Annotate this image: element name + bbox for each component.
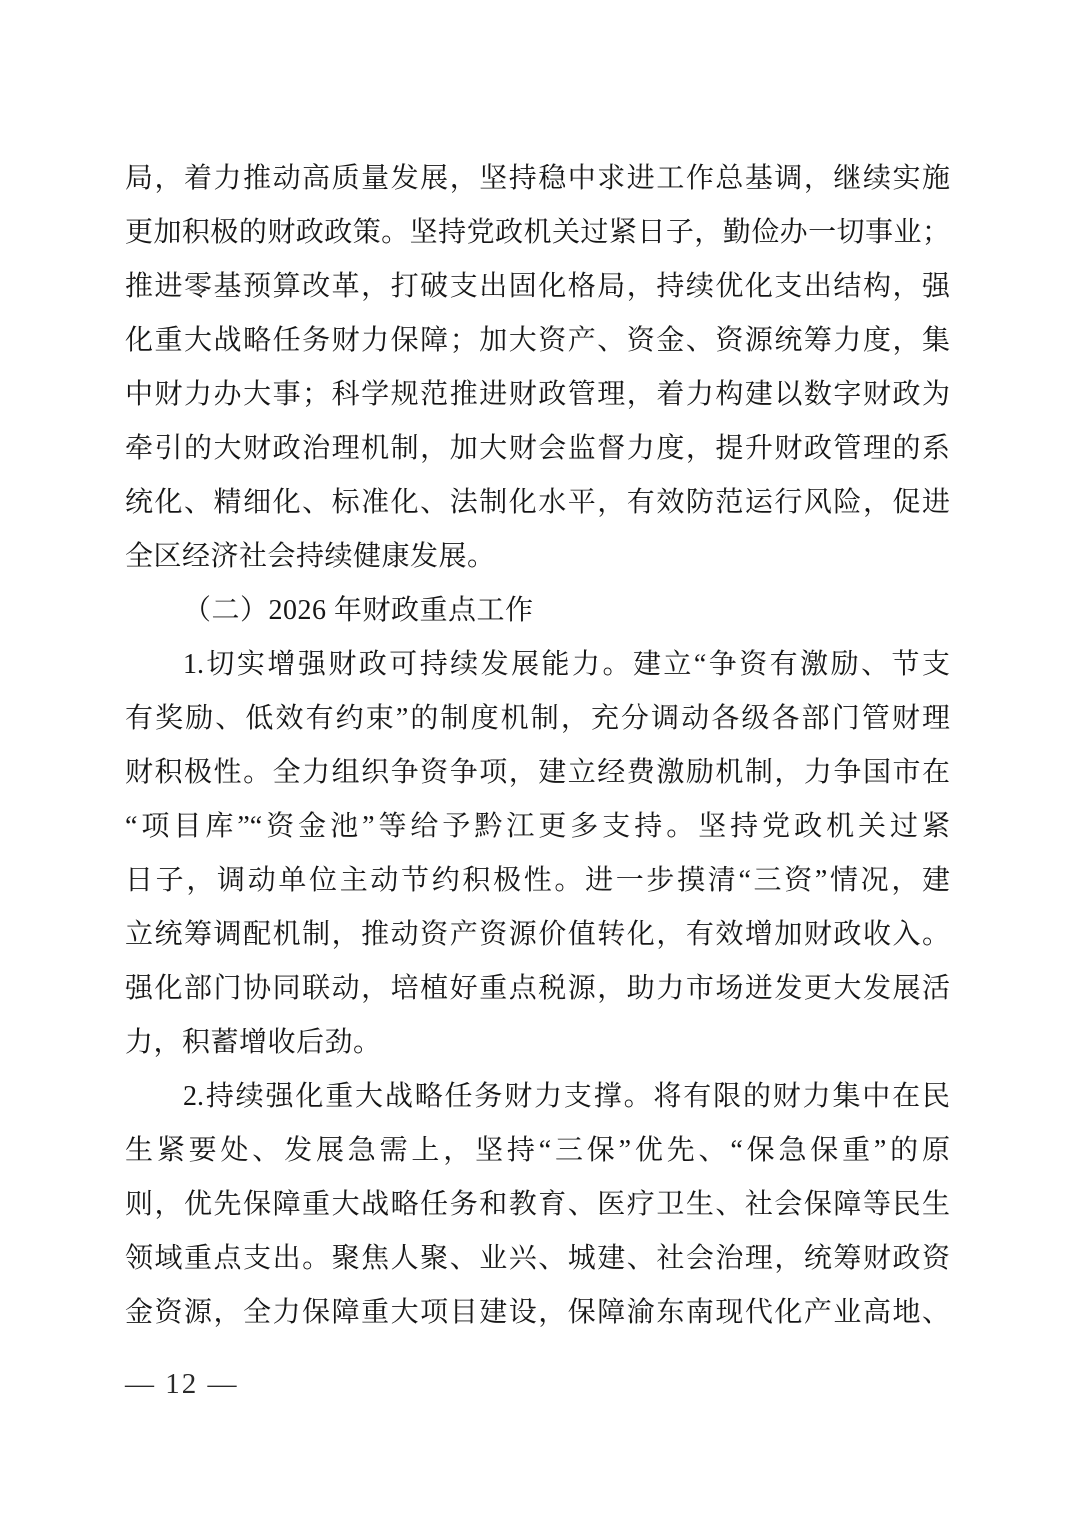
text-line: 牵引的大财政治理机制，加大财会监督力度，提升财政管理的系 [125,422,950,476]
text-line: 统化、精细化、标准化、法制化水平，有效防范运行风险，促进 [125,476,950,530]
text-line: 更加积极的财政政策。坚持党政机关过紧日子，勤俭办一切事业； [125,206,950,260]
text-line: 2.持续强化重大战略任务财力支撑。将有限的财力集中在民 [125,1070,950,1124]
text-line: 中财力办大事；科学规范推进财政管理，着力构建以数字财政为 [125,368,950,422]
text-line: 立统筹调配机制，推动资产资源价值转化，有效增加财政收入。 [125,908,950,962]
text-line: 有奖励、低效有约束”的制度机制，充分调动各级各部门管财理 [125,692,950,746]
text-line: 强化部门协同联动，培植好重点税源，助力市场迸发更大发展活 [125,962,950,1016]
text-line: 1.切实增强财政可持续发展能力。建立“争资有激励、节支 [125,638,950,692]
page-number: — 12 — [125,1368,239,1400]
page-footer: — 12 — [125,1366,239,1402]
text-line: 全区经济社会持续健康发展。 [125,530,950,584]
text-line: 领域重点支出。聚焦人聚、业兴、城建、社会治理，统筹财政资 [125,1232,950,1286]
text-line: 日子，调动单位主动节约积极性。进一步摸清“三资”情况，建 [125,854,950,908]
text-line: 推进零基预算改革，打破支出固化格局，持续优化支出结构，强 [125,260,950,314]
text-line: 化重大战略任务财力保障；加大资产、资金、资源统筹力度，集 [125,314,950,368]
section-heading: （二）2026 年财政重点工作 [125,584,950,638]
text-line: “项目库”“资金池”等给予黔江更多支持。坚持党政机关过紧 [125,800,950,854]
text-line: 金资源，全力保障重大项目建设，保障渝东南现代化产业高地、 [125,1286,950,1340]
text-line: 则，优先保障重大战略任务和教育、医疗卫生、社会保障等民生 [125,1178,950,1232]
text-line: 力，积蓄增收后劲。 [125,1016,950,1070]
document-body: 局，着力推动高质量发展，坚持稳中求进工作总基调，继续实施更加积极的财政政策。坚持… [125,152,950,1340]
text-line: 财积极性。全力组织争资争项，建立经费激励机制，力争国市在 [125,746,950,800]
text-line: 生紧要处、发展急需上，坚持“三保”优先、“保急保重”的原 [125,1124,950,1178]
text-line: 局，着力推动高质量发展，坚持稳中求进工作总基调，继续实施 [125,152,950,206]
document-page: 局，着力推动高质量发展，坚持稳中求进工作总基调，继续实施更加积极的财政政策。坚持… [0,0,1074,1520]
